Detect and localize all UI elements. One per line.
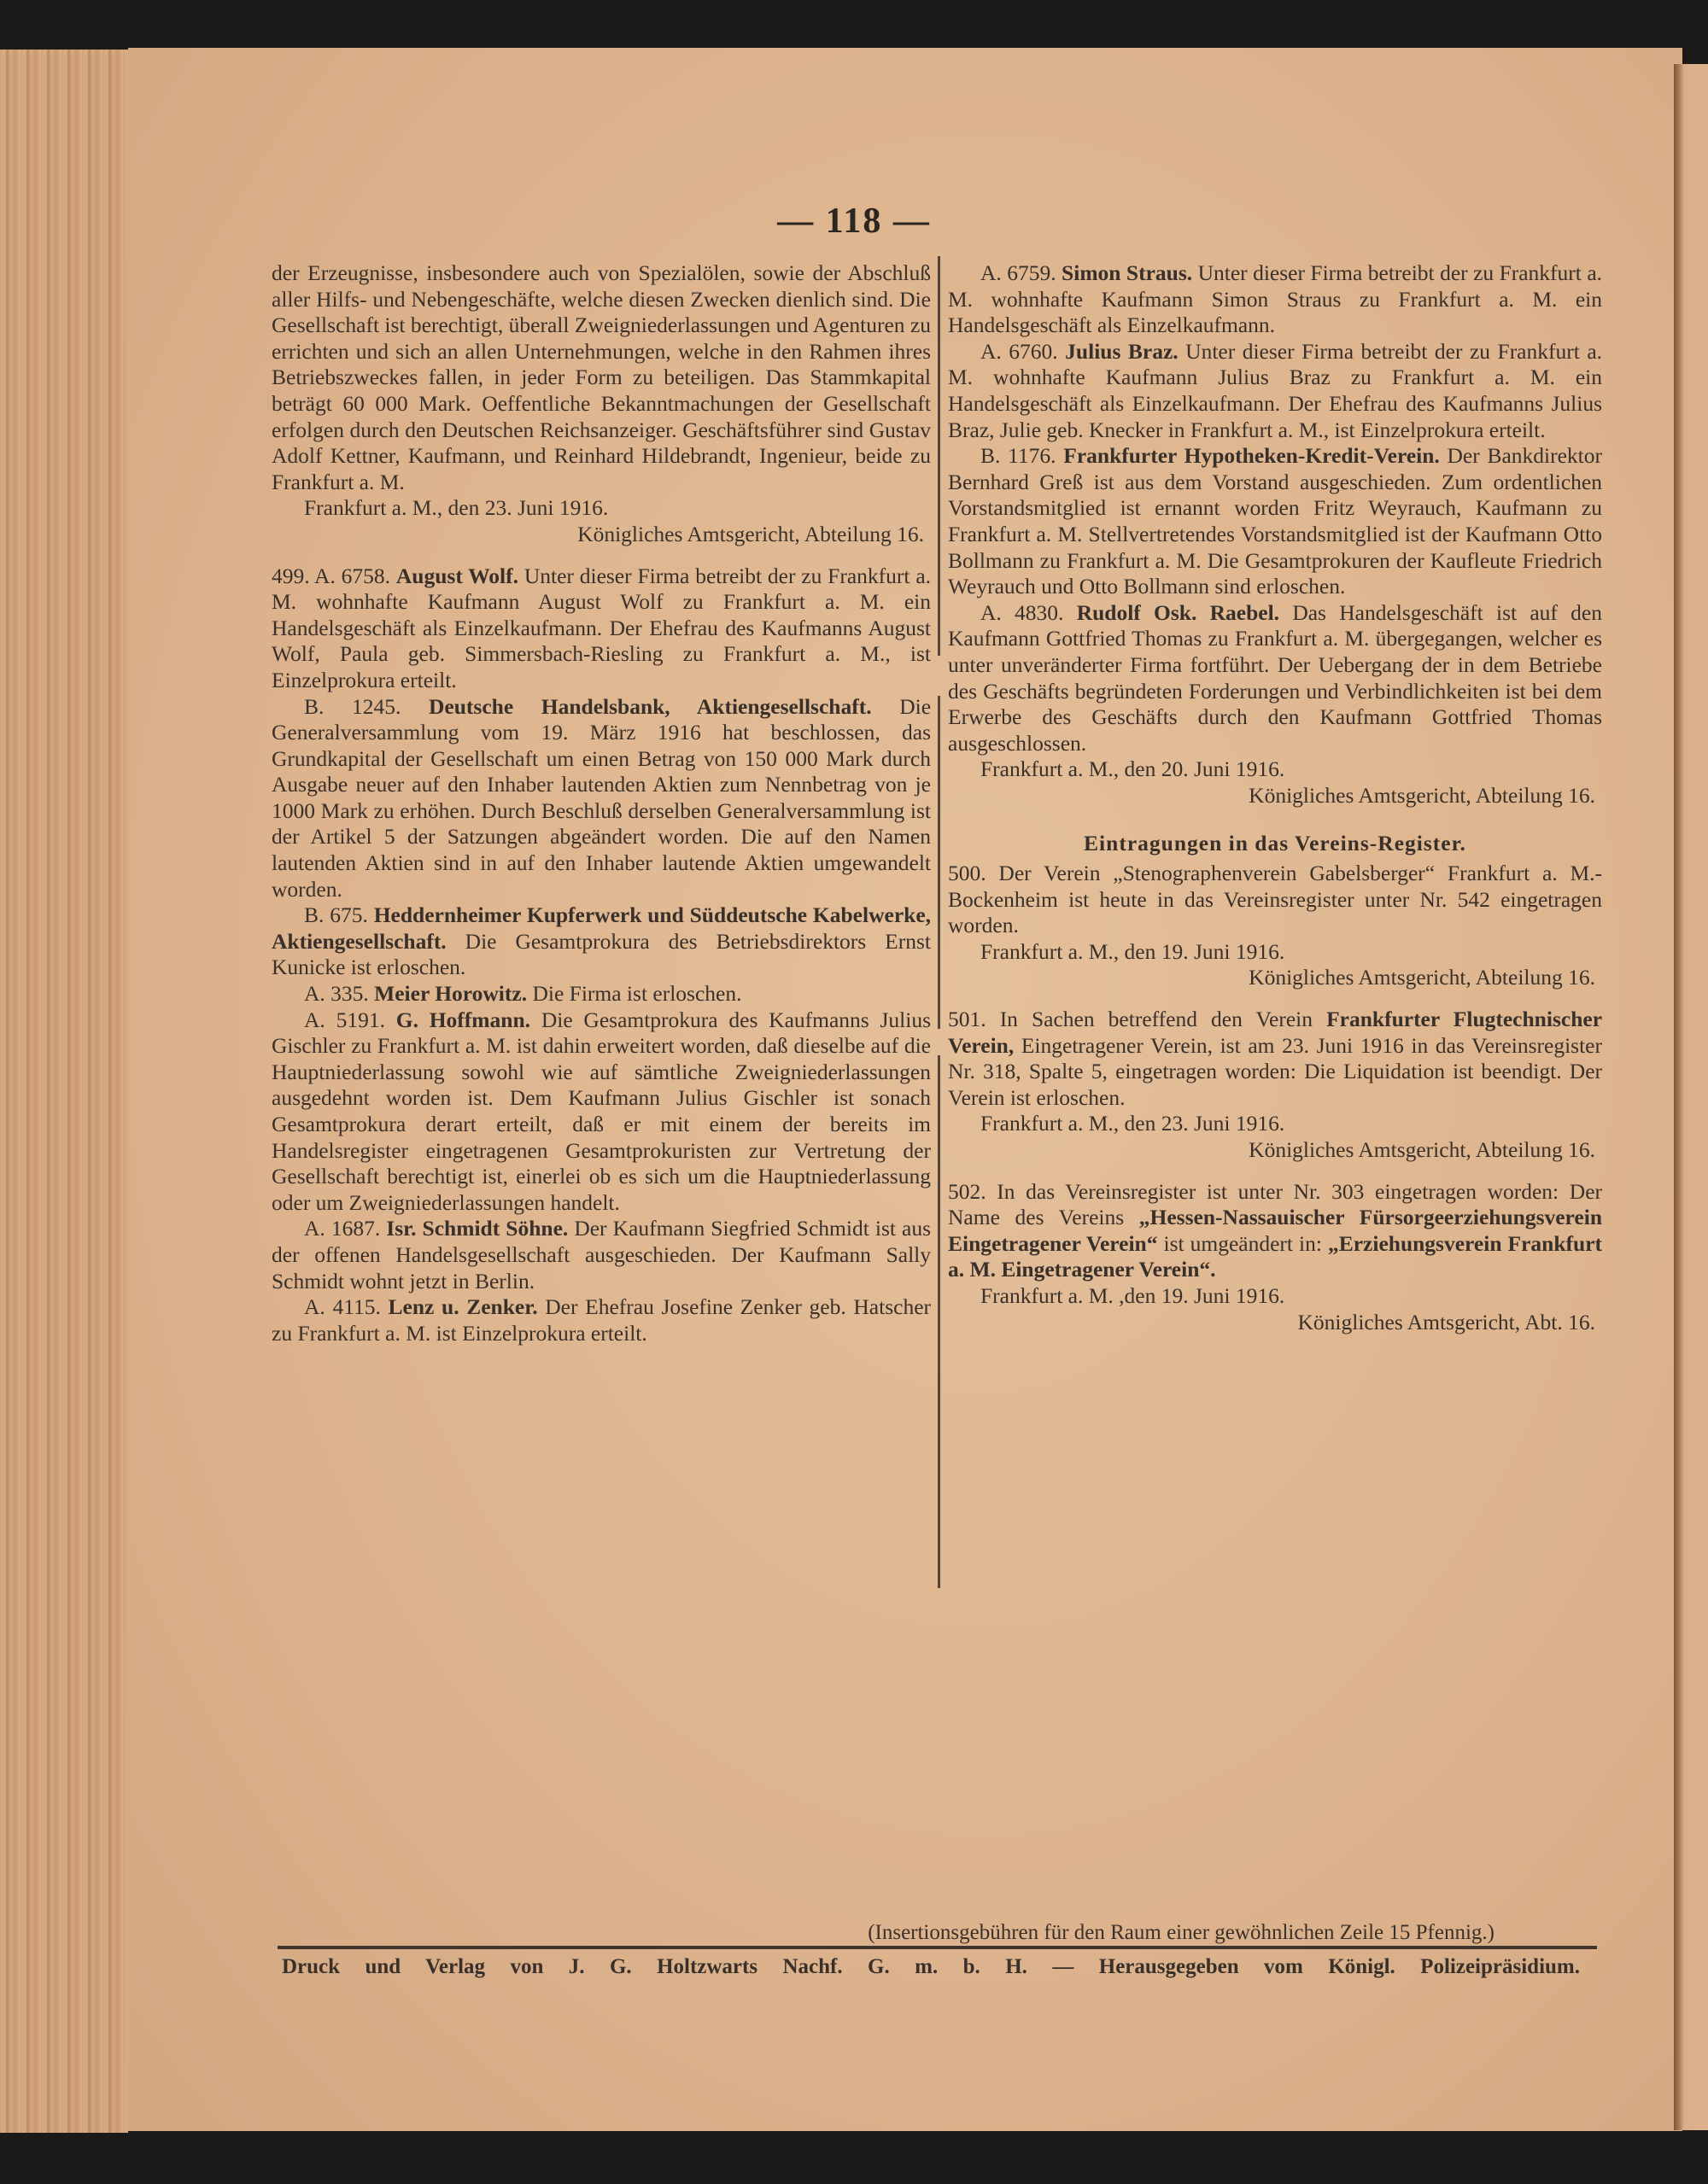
signature-line: Königliches Amtsgericht, Abteilung 16.	[948, 965, 1602, 991]
book-page-edges	[0, 50, 128, 2133]
insertion-fee-note: (Insertionsgebühren für den Raum einer g…	[282, 1921, 1597, 1945]
entry-a5191: A. 5191. G. Hoffmann. Die Gesamtprokura …	[272, 1007, 931, 1217]
entry-text: Die Gesamtprokura des Kaufmanns Julius G…	[272, 1007, 931, 1215]
firm-name: Lenz u. Zenker.	[389, 1294, 538, 1319]
entry-b675: B. 675. Heddernheimer Kupferwerk und Süd…	[272, 902, 931, 981]
firm-name: August Wolf.	[396, 564, 518, 588]
entry-text: Eingetragener Verein, ist am 23. Juni 19…	[948, 1033, 1602, 1110]
entry-499: 499. A. 6758. August Wolf. Unter dieser …	[272, 564, 931, 694]
entry-b1245: B. 1245. Deutsche Handelsbank, Aktienges…	[272, 694, 931, 903]
entry-prefix: B. 1176.	[980, 443, 1056, 468]
page-number: — 118 —	[0, 201, 1708, 242]
signature-line: Königliches Amtsgericht, Abteilung 16.	[948, 783, 1602, 809]
firm-name: G. Hoffmann.	[396, 1007, 530, 1032]
entry-a4115: A. 4115. Lenz u. Zenker. Der Ehefrau Jos…	[272, 1294, 931, 1346]
column-divider	[938, 256, 940, 1588]
date-line: Frankfurt a. M., den 23. Juni 1916.	[272, 495, 931, 522]
entry-prefix: A. 1687.	[304, 1216, 380, 1241]
entry-a1687: A. 1687. Isr. Schmidt Söhne. Der Kaufman…	[272, 1216, 931, 1294]
firm-name: Deutsche Handelsbank, Aktiengesellschaft…	[429, 694, 872, 719]
entry-text: Die Generalversammlung vom 19. März 1916…	[272, 694, 931, 902]
firm-name: Rudolf Osk. Raebel.	[1077, 600, 1279, 625]
firm-name: Meier Horowitz.	[374, 981, 527, 1006]
entry-text: Die Firma ist erloschen.	[532, 981, 741, 1006]
entry-prefix: B. 1245.	[304, 694, 401, 719]
entry-prefix: 500.	[948, 861, 986, 885]
entry-a335: A. 335. Meier Horowitz. Die Firma ist er…	[272, 981, 931, 1007]
entry-prefix: A. 4115.	[304, 1294, 381, 1319]
entry-text: ist umgeändert in:	[1164, 1231, 1322, 1256]
section-heading: Eintragungen in das Vereins-Register.	[948, 831, 1602, 857]
continuation-text: der Erzeugnisse, insbesondere auch von S…	[272, 260, 931, 495]
entry-a6759: A. 6759. Simon Straus. Unter dieser Firm…	[948, 260, 1602, 339]
entry-prefix: A. 6760.	[980, 339, 1058, 364]
entry-text: Der Verein „Stenographenverein Gabelsber…	[948, 861, 1602, 937]
entry-prefix: A. 335.	[304, 981, 369, 1006]
firm-name: Frankfurter Hypotheken-Kredit-Verein.	[1063, 443, 1440, 468]
entry-prefix: 501.	[948, 1007, 986, 1031]
entry-prefix: B. 675.	[304, 902, 368, 927]
entry-a6760: A. 6760. Julius Braz. Unter dieser Firma…	[948, 339, 1602, 443]
entry-prefix: 499. A. 6758.	[272, 564, 390, 588]
imprint-line: Druck und Verlag von J. G. Holtzwarts Na…	[282, 1955, 1580, 1979]
date-line: Frankfurt a. M., den 23. Juni 1916.	[948, 1111, 1602, 1137]
register-entry-502: 502. In das Vereinsregister ist unter Nr…	[948, 1179, 1602, 1283]
firm-name: Isr. Schmidt Söhne.	[386, 1216, 568, 1241]
date-line: Frankfurt a. M. ,den 19. Juni 1916.	[948, 1283, 1602, 1310]
entry-a4830: A. 4830. Rudolf Osk. Raebel. Das Handels…	[948, 600, 1602, 757]
register-entry-500: 500. Der Verein „Stenographenverein Gabe…	[948, 861, 1602, 939]
footer-rule	[278, 1946, 1597, 1949]
facing-page-edge	[1674, 64, 1708, 2130]
entry-b1176: B. 1176. Frankfurter Hypotheken-Kredit-V…	[948, 443, 1602, 600]
signature-line: Königliches Amtsgericht, Abt. 16.	[948, 1310, 1602, 1336]
firm-name: Simon Straus.	[1062, 260, 1192, 285]
date-line: Frankfurt a. M., den 20. Juni 1916.	[948, 756, 1602, 783]
entry-prefix: 502.	[948, 1179, 986, 1204]
signature-line: Königliches Amtsgericht, Abteilung 16.	[272, 522, 931, 548]
right-column: A. 6759. Simon Straus. Unter dieser Firm…	[948, 260, 1602, 1335]
entry-prefix: A. 6759.	[980, 260, 1056, 285]
signature-line: Königliches Amtsgericht, Abteilung 16.	[948, 1137, 1602, 1164]
entry-prefix: A. 5191.	[304, 1007, 385, 1032]
firm-name: Julius Braz.	[1065, 339, 1178, 364]
date-line: Frankfurt a. M., den 19. Juni 1916.	[948, 939, 1602, 966]
entry-text: In Sachen betreffend den Verein	[1000, 1007, 1313, 1031]
register-entry-501: 501. In Sachen betreffend den Verein Fra…	[948, 1007, 1602, 1111]
left-column: der Erzeugnisse, insbesondere auch von S…	[272, 260, 931, 1346]
entry-prefix: A. 4830.	[980, 600, 1063, 625]
